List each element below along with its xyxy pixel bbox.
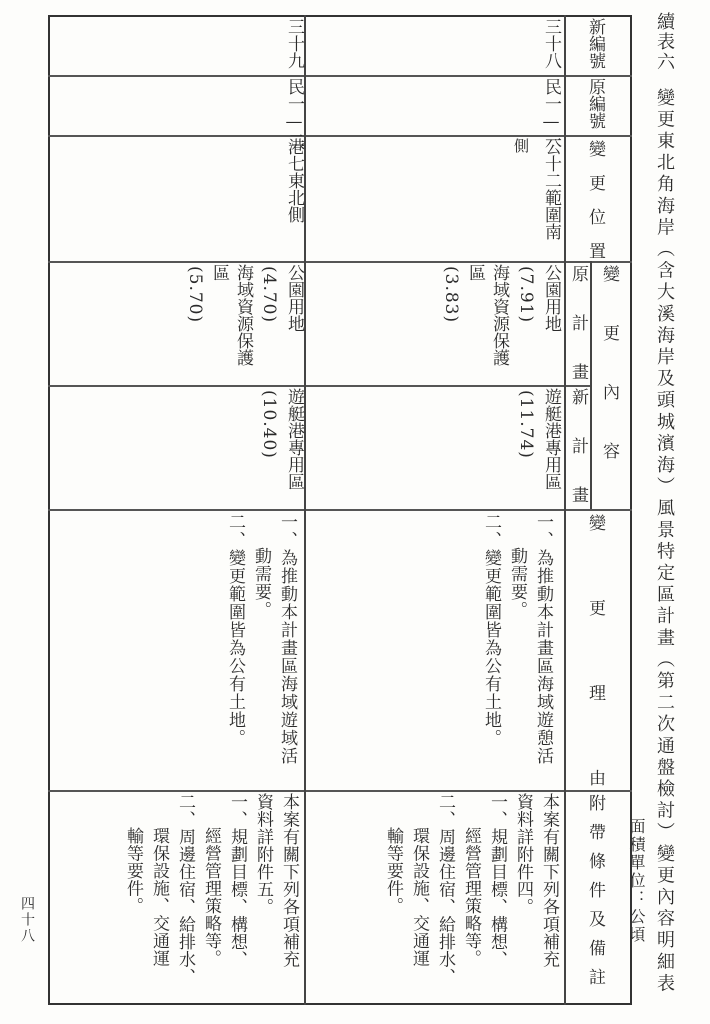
row38-location-line1: 公十二範圍南 — [540, 138, 562, 240]
row38-orig-zone2-cont: 區 — [464, 264, 486, 281]
row38-notes-lead: 本案有關下列各項補充 — [536, 793, 562, 986]
row38-location-line2: 側 — [510, 138, 532, 153]
row38-notes-item2: 二、周邊住宿、給排水、 — [432, 793, 458, 986]
row39-reason: 一、為推動本計畫區海域遊域活 動需要。 二、變更範圍皆為公有土地。 — [222, 513, 300, 765]
row39-notes-item1: 一、規劃目標、構想、 — [224, 793, 250, 986]
row-divider — [48, 509, 632, 511]
row39-orig-zone2: 海域資源保護 — [232, 264, 254, 366]
row39-new-number: 三十九 — [283, 18, 305, 69]
row38-orig-area2: (3.83) — [440, 266, 462, 323]
row39-notes-lead-cont: 資料詳附件五。 — [250, 793, 276, 986]
row39-notes-item2: 二、周邊住宿、給排水、 — [172, 793, 198, 986]
row38-notes-item2-cont2: 輸等要件。 — [380, 793, 406, 986]
header-new-plan: 新計畫 — [567, 388, 589, 535]
row38-notes: 本案有關下列各項補充 資料詳附件四。 一、規劃目標、構想、 經營管理策略等。 二… — [380, 793, 562, 986]
row38-notes-item1-cont: 經營管理策略等。 — [458, 793, 484, 986]
row-divider — [48, 261, 632, 263]
table-prefix: 續表六 — [652, 12, 676, 72]
row38-notes-lead-cont: 資料詳附件四。 — [510, 793, 536, 986]
header-old-number: 原編號 — [585, 78, 605, 129]
row39-reason-item1-cont: 動需要。 — [248, 513, 274, 765]
row38-reason-item1-cont: 動需要。 — [504, 513, 530, 765]
header-notes: 附帶條件及備註 — [585, 794, 605, 997]
row38-reason-item2: 二、變更範圍皆為公有土地。 — [478, 513, 504, 765]
row38-notes-item2-cont1: 環保設施、交通運 — [406, 793, 432, 986]
header-change-content: 變更內容 — [598, 265, 620, 501]
row39-new-area: (10.40) — [258, 390, 280, 459]
row39-notes-item2-cont1: 環保設施、交通運 — [146, 793, 172, 986]
row39-orig-area1: (4.70) — [258, 266, 280, 323]
row38-orig-zone2: 海域資源保護 — [488, 264, 510, 366]
row-divider — [48, 790, 632, 792]
row39-orig-area2: (5.70) — [184, 266, 206, 323]
row38-new-number: 三十八 — [540, 18, 562, 69]
page-title: 變更東北角海岸（含大溪海岸及頭城濱海）風景特定區計畫（第二次通盤檢討）變更內容明… — [652, 88, 676, 995]
row39-notes: 本案有關下列各項補充 資料詳附件五。 一、規劃目標、構想、 經營管理策略等。 二… — [120, 793, 302, 986]
row38-reason-item1: 一、為推動本計畫區海域遊憩活 — [530, 513, 556, 765]
subheader-column-divider — [590, 261, 592, 509]
header-new-number: 新編號 — [585, 18, 605, 69]
row38-notes-item1: 一、規劃目標、構想、 — [484, 793, 510, 986]
row39-new-zone: 遊艇港專用區 — [283, 388, 305, 490]
row-divider — [48, 385, 590, 387]
row38-new-area: (11.74) — [515, 390, 537, 459]
header-column-divider — [564, 15, 566, 1005]
row39-notes-lead: 本案有關下列各項補充 — [276, 793, 302, 986]
row39-location: 港七東北側 — [283, 138, 305, 223]
row39-notes-item2-cont2: 輸等要件。 — [120, 793, 146, 986]
row39-orig-zone1: 公園用地 — [283, 264, 305, 332]
row-divider — [48, 75, 632, 77]
row39-reason-item2: 二、變更範圍皆為公有土地。 — [222, 513, 248, 765]
row39-notes-item1-cont: 經營管理策略等。 — [198, 793, 224, 986]
row38-reason: 一、為推動本計畫區海域遊憩活 動需要。 二、變更範圍皆為公有土地。 — [478, 513, 556, 765]
header-location: 變更位置 — [585, 140, 605, 276]
row39-reason-item1: 一、為推動本計畫區海域遊域活 — [274, 513, 300, 765]
row38-orig-area1: (7.91) — [515, 266, 537, 323]
page-number: 四十八 — [18, 896, 36, 944]
row38-new-zone: 遊艇港專用區 — [540, 388, 562, 490]
row38-orig-zone1: 公園用地 — [540, 264, 562, 332]
row39-orig-zone2-cont: 區 — [208, 264, 230, 281]
